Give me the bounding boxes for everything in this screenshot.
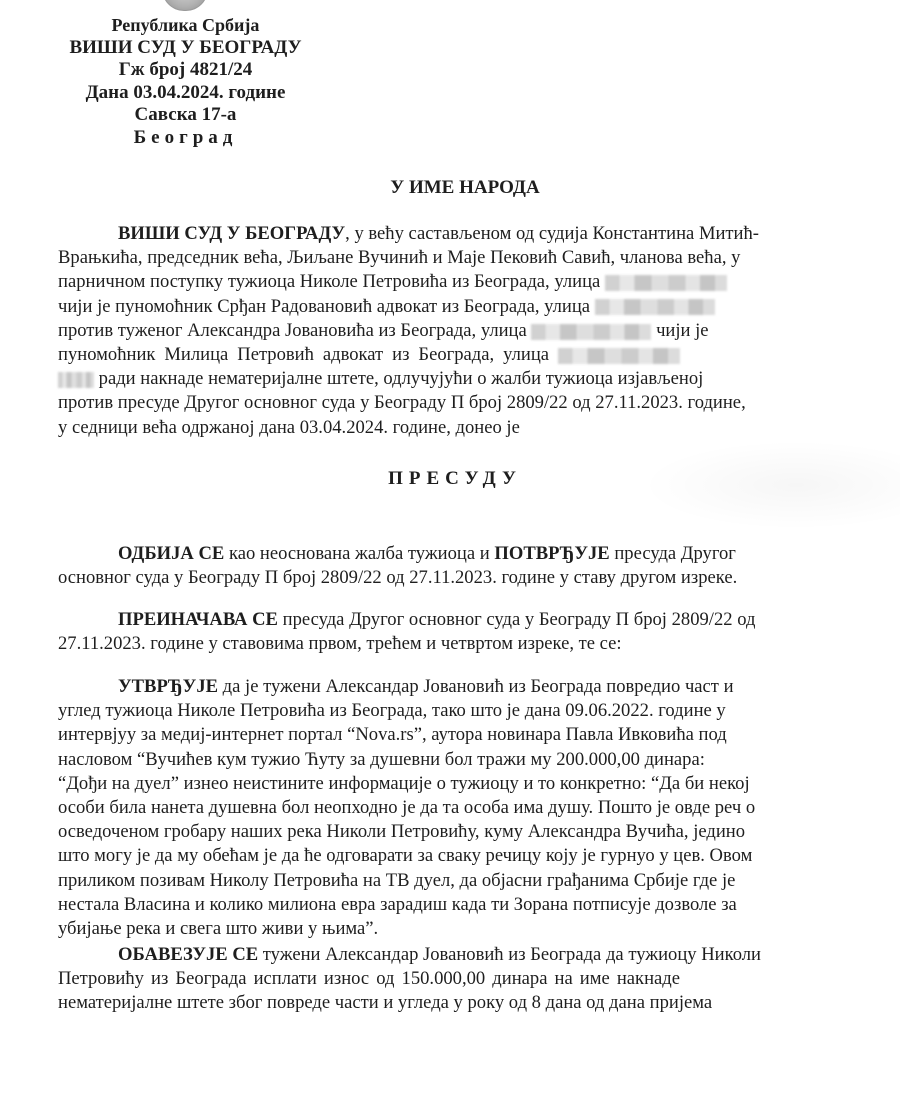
verdict-paragraph-establishes: УТВРЂУЈЕ да је тужени Александар Јованов… [58, 675, 680, 941]
verdict-paragraph-obliges: ОБАВЕЗУЈЕ СЕ тужени Александар Јовановић… [58, 943, 680, 1016]
redacted-address-1 [605, 275, 727, 291]
redacted-address-5 [58, 372, 94, 388]
redacted-address-3 [531, 324, 651, 340]
court-document-page: Република Србија ВИШИ СУД У БЕОГРАДУ Гж … [0, 0, 900, 1105]
header-court: ВИШИ СУД У БЕОГРАДУ [38, 37, 333, 60]
redacted-address-4 [558, 348, 680, 364]
header-date: Дана 03.04.2024. године [38, 82, 333, 105]
intro-bold-lead: ВИШИ СУД У БЕОГРАДУ [118, 223, 345, 244]
heading-verdict: ПРЕСУДУ [0, 468, 900, 490]
intro-paragraph: ВИШИ СУД У БЕОГРАДУ, у већу састављеном … [58, 222, 680, 440]
verdict-paragraph-modifies: ПРЕИНАЧАВА СЕ пресуда Другог основног су… [58, 608, 680, 656]
heading-in-the-name-of-people: У ИМЕ НАРОДА [0, 177, 900, 199]
redacted-address-2 [595, 299, 715, 315]
header-case-number: Гж број 4821/24 [38, 59, 333, 82]
coat-of-arms-emblem-icon [162, 0, 208, 11]
header-city: Београд [38, 127, 333, 150]
verdict-paragraph-rejects: ОДБИЈА СЕ као неоснована жалба тужиоца и… [58, 542, 680, 590]
header-country: Република Србија [38, 14, 333, 37]
document-header: Република Србија ВИШИ СУД У БЕОГРАДУ Гж … [38, 14, 333, 149]
header-address: Савска 17-а [38, 104, 333, 127]
